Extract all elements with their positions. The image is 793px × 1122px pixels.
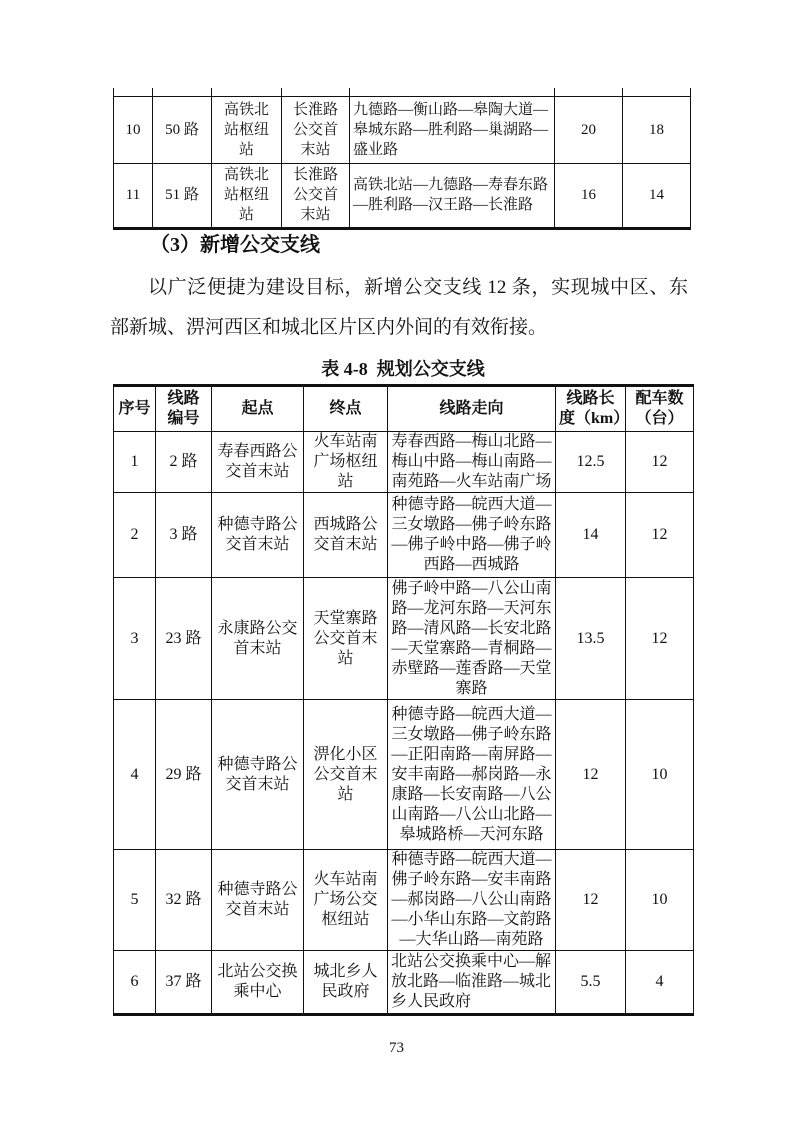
table-row: 3 23 路 永康路公交首末站 天堂寨路公交首末站 佛子岭中路—八公山南路—龙河… — [114, 578, 694, 700]
table-row: 5 32 路 种德寺路公交首末站 火车站南广场公交枢纽站 种德寺路—皖西大道—佛… — [114, 850, 694, 951]
cell-origin: 寿春西路公交首末站 — [212, 432, 304, 493]
cell-terminus: 天堂寨路公交首末站 — [304, 578, 388, 700]
cell-seq: 4 — [114, 700, 156, 850]
cell-origin: 高铁北站枢纽站 — [212, 163, 282, 228]
cell-terminus: 火车站南广场枢纽站 — [304, 432, 388, 493]
page-number: 73 — [0, 1038, 793, 1058]
cell-origin: 种德寺路公交首末站 — [212, 850, 304, 951]
cell-vehicles: 14 — [623, 163, 691, 228]
section-heading: （3）新增公交支线 — [112, 231, 730, 259]
header-vehicles: 配车数（台） — [626, 386, 694, 432]
cell-route-no: 29 路 — [156, 700, 212, 850]
header-route-no: 线路编号 — [156, 386, 212, 432]
cell-origin: 北站公交换乘中心 — [212, 951, 304, 1015]
table-row: 4 29 路 种德寺路公交首末站 淠化小区公交首末站 种德寺路—皖西大道—三女墩… — [114, 700, 694, 850]
table-row: 1 2 路 寿春西路公交首末站 火车站南广场枢纽站 寿春西路—梅山北路—梅山中路… — [114, 432, 694, 493]
table-row-cutoff — [114, 88, 691, 96]
cell-empty — [350, 88, 555, 96]
cell-alignment: 佛子岭中路—八公山南路—龙河东路—天河东路—清风路—长安北路—天堂寨路—青桐路—… — [388, 578, 556, 700]
cell-route-no: 2 路 — [156, 432, 212, 493]
cell-empty — [623, 88, 691, 96]
cell-length: 12 — [556, 700, 626, 850]
cell-length: 20 — [555, 96, 623, 163]
cell-alignment: 九德路—衡山路—皋陶大道—皋城东路—胜利路—巢湖路—盛业路 — [350, 96, 555, 163]
cell-empty — [282, 88, 350, 96]
table-row: 6 37 路 北站公交换乘中心 城北乡人民政府 北站公交换乘中心—解放北路—临淮… — [114, 951, 694, 1015]
cell-seq: 1 — [114, 432, 156, 493]
cell-alignment: 种德寺路—皖西大道—佛子岭东路—安丰南路—郝岗路—八公山南路—小华山东路—文韵路… — [388, 850, 556, 951]
cell-seq: 2 — [114, 493, 156, 578]
cell-terminus: 长淮路公交首末站 — [282, 96, 350, 163]
cell-terminus: 城北乡人民政府 — [304, 951, 388, 1015]
planned-branch-route-table: 序号 线路编号 起点 终点 线路走向 线路长度（km） 配车数（台） 1 2 路… — [113, 384, 694, 1016]
cell-vehicles: 12 — [626, 493, 694, 578]
cell-terminus: 西城路公交首末站 — [304, 493, 388, 578]
cell-route-no: 32 路 — [156, 850, 212, 951]
cell-length: 16 — [555, 163, 623, 228]
cell-empty — [555, 88, 623, 96]
continued-route-table: 10 50 路 高铁北站枢纽站 长淮路公交首末站 九德路—衡山路—皋陶大道—皋城… — [113, 88, 691, 230]
cell-seq: 11 — [114, 163, 153, 228]
cell-route-no: 51 路 — [153, 163, 212, 228]
cell-alignment: 寿春西路—梅山北路—梅山中路—梅山南路—南苑路—火车站南广场 — [388, 432, 556, 493]
cell-route-no: 23 路 — [156, 578, 212, 700]
table-row: 10 50 路 高铁北站枢纽站 长淮路公交首末站 九德路—衡山路—皋陶大道—皋城… — [114, 96, 691, 163]
cell-length: 5.5 — [556, 951, 626, 1015]
cell-alignment: 北站公交换乘中心—解放北路—临淮路—城北乡人民政府 — [388, 951, 556, 1015]
header-alignment: 线路走向 — [388, 386, 556, 432]
body-paragraph: 以广泛便捷为建设目标，新增公交支线 12 条，实现城中区、东部新城、淠河西区和城… — [110, 268, 688, 348]
cell-origin: 永康路公交首末站 — [212, 578, 304, 700]
cell-terminus: 淠化小区公交首末站 — [304, 700, 388, 850]
cell-alignment: 高铁北站—九德路—寿春东路—胜利路—汉王路—长淮路 — [350, 163, 555, 228]
header-terminus: 终点 — [304, 386, 388, 432]
cell-length: 14 — [556, 493, 626, 578]
cell-length: 12.5 — [556, 432, 626, 493]
table-row: 2 3 路 种德寺路公交首末站 西城路公交首末站 种德寺路—皖西大道—三女墩路—… — [114, 493, 694, 578]
cell-vehicles: 4 — [626, 951, 694, 1015]
header-length: 线路长度（km） — [556, 386, 626, 432]
cell-vehicles: 10 — [626, 700, 694, 850]
cell-terminus: 火车站南广场公交枢纽站 — [304, 850, 388, 951]
table-row: 11 51 路 高铁北站枢纽站 长淮路公交首末站 高铁北站—九德路—寿春东路—胜… — [114, 163, 691, 228]
cell-origin: 种德寺路公交首末站 — [212, 493, 304, 578]
cell-origin: 种德寺路公交首末站 — [212, 700, 304, 850]
cell-vehicles: 12 — [626, 578, 694, 700]
cell-vehicles: 18 — [623, 96, 691, 163]
cell-length: 13.5 — [556, 578, 626, 700]
cell-vehicles: 10 — [626, 850, 694, 951]
cell-vehicles: 12 — [626, 432, 694, 493]
cell-origin: 高铁北站枢纽站 — [212, 96, 282, 163]
cell-route-no: 50 路 — [153, 96, 212, 163]
cell-terminus: 长淮路公交首末站 — [282, 163, 350, 228]
cell-empty — [212, 88, 282, 96]
cell-empty — [114, 88, 153, 96]
cell-seq: 10 — [114, 96, 153, 163]
cell-seq: 3 — [114, 578, 156, 700]
cell-empty — [153, 88, 212, 96]
header-origin: 起点 — [212, 386, 304, 432]
document-page: 10 50 路 高铁北站枢纽站 长淮路公交首末站 九德路—衡山路—皋陶大道—皋城… — [0, 0, 793, 1122]
cell-seq: 5 — [114, 850, 156, 951]
cell-route-no: 37 路 — [156, 951, 212, 1015]
table-caption: 表 4-8 规划公交支线 — [113, 357, 693, 381]
table-header-row: 序号 线路编号 起点 终点 线路走向 线路长度（km） 配车数（台） — [114, 386, 694, 432]
cell-seq: 6 — [114, 951, 156, 1015]
cell-alignment: 种德寺路—皖西大道—三女墩路—佛子岭东路—佛子岭中路—佛子岭西路—西城路 — [388, 493, 556, 578]
cell-alignment: 种德寺路—皖西大道—三女墩路—佛子岭东路—正阳南路—南屏路—安丰南路—郝岗路—永… — [388, 700, 556, 850]
cell-length: 12 — [556, 850, 626, 951]
header-seq: 序号 — [114, 386, 156, 432]
cell-route-no: 3 路 — [156, 493, 212, 578]
